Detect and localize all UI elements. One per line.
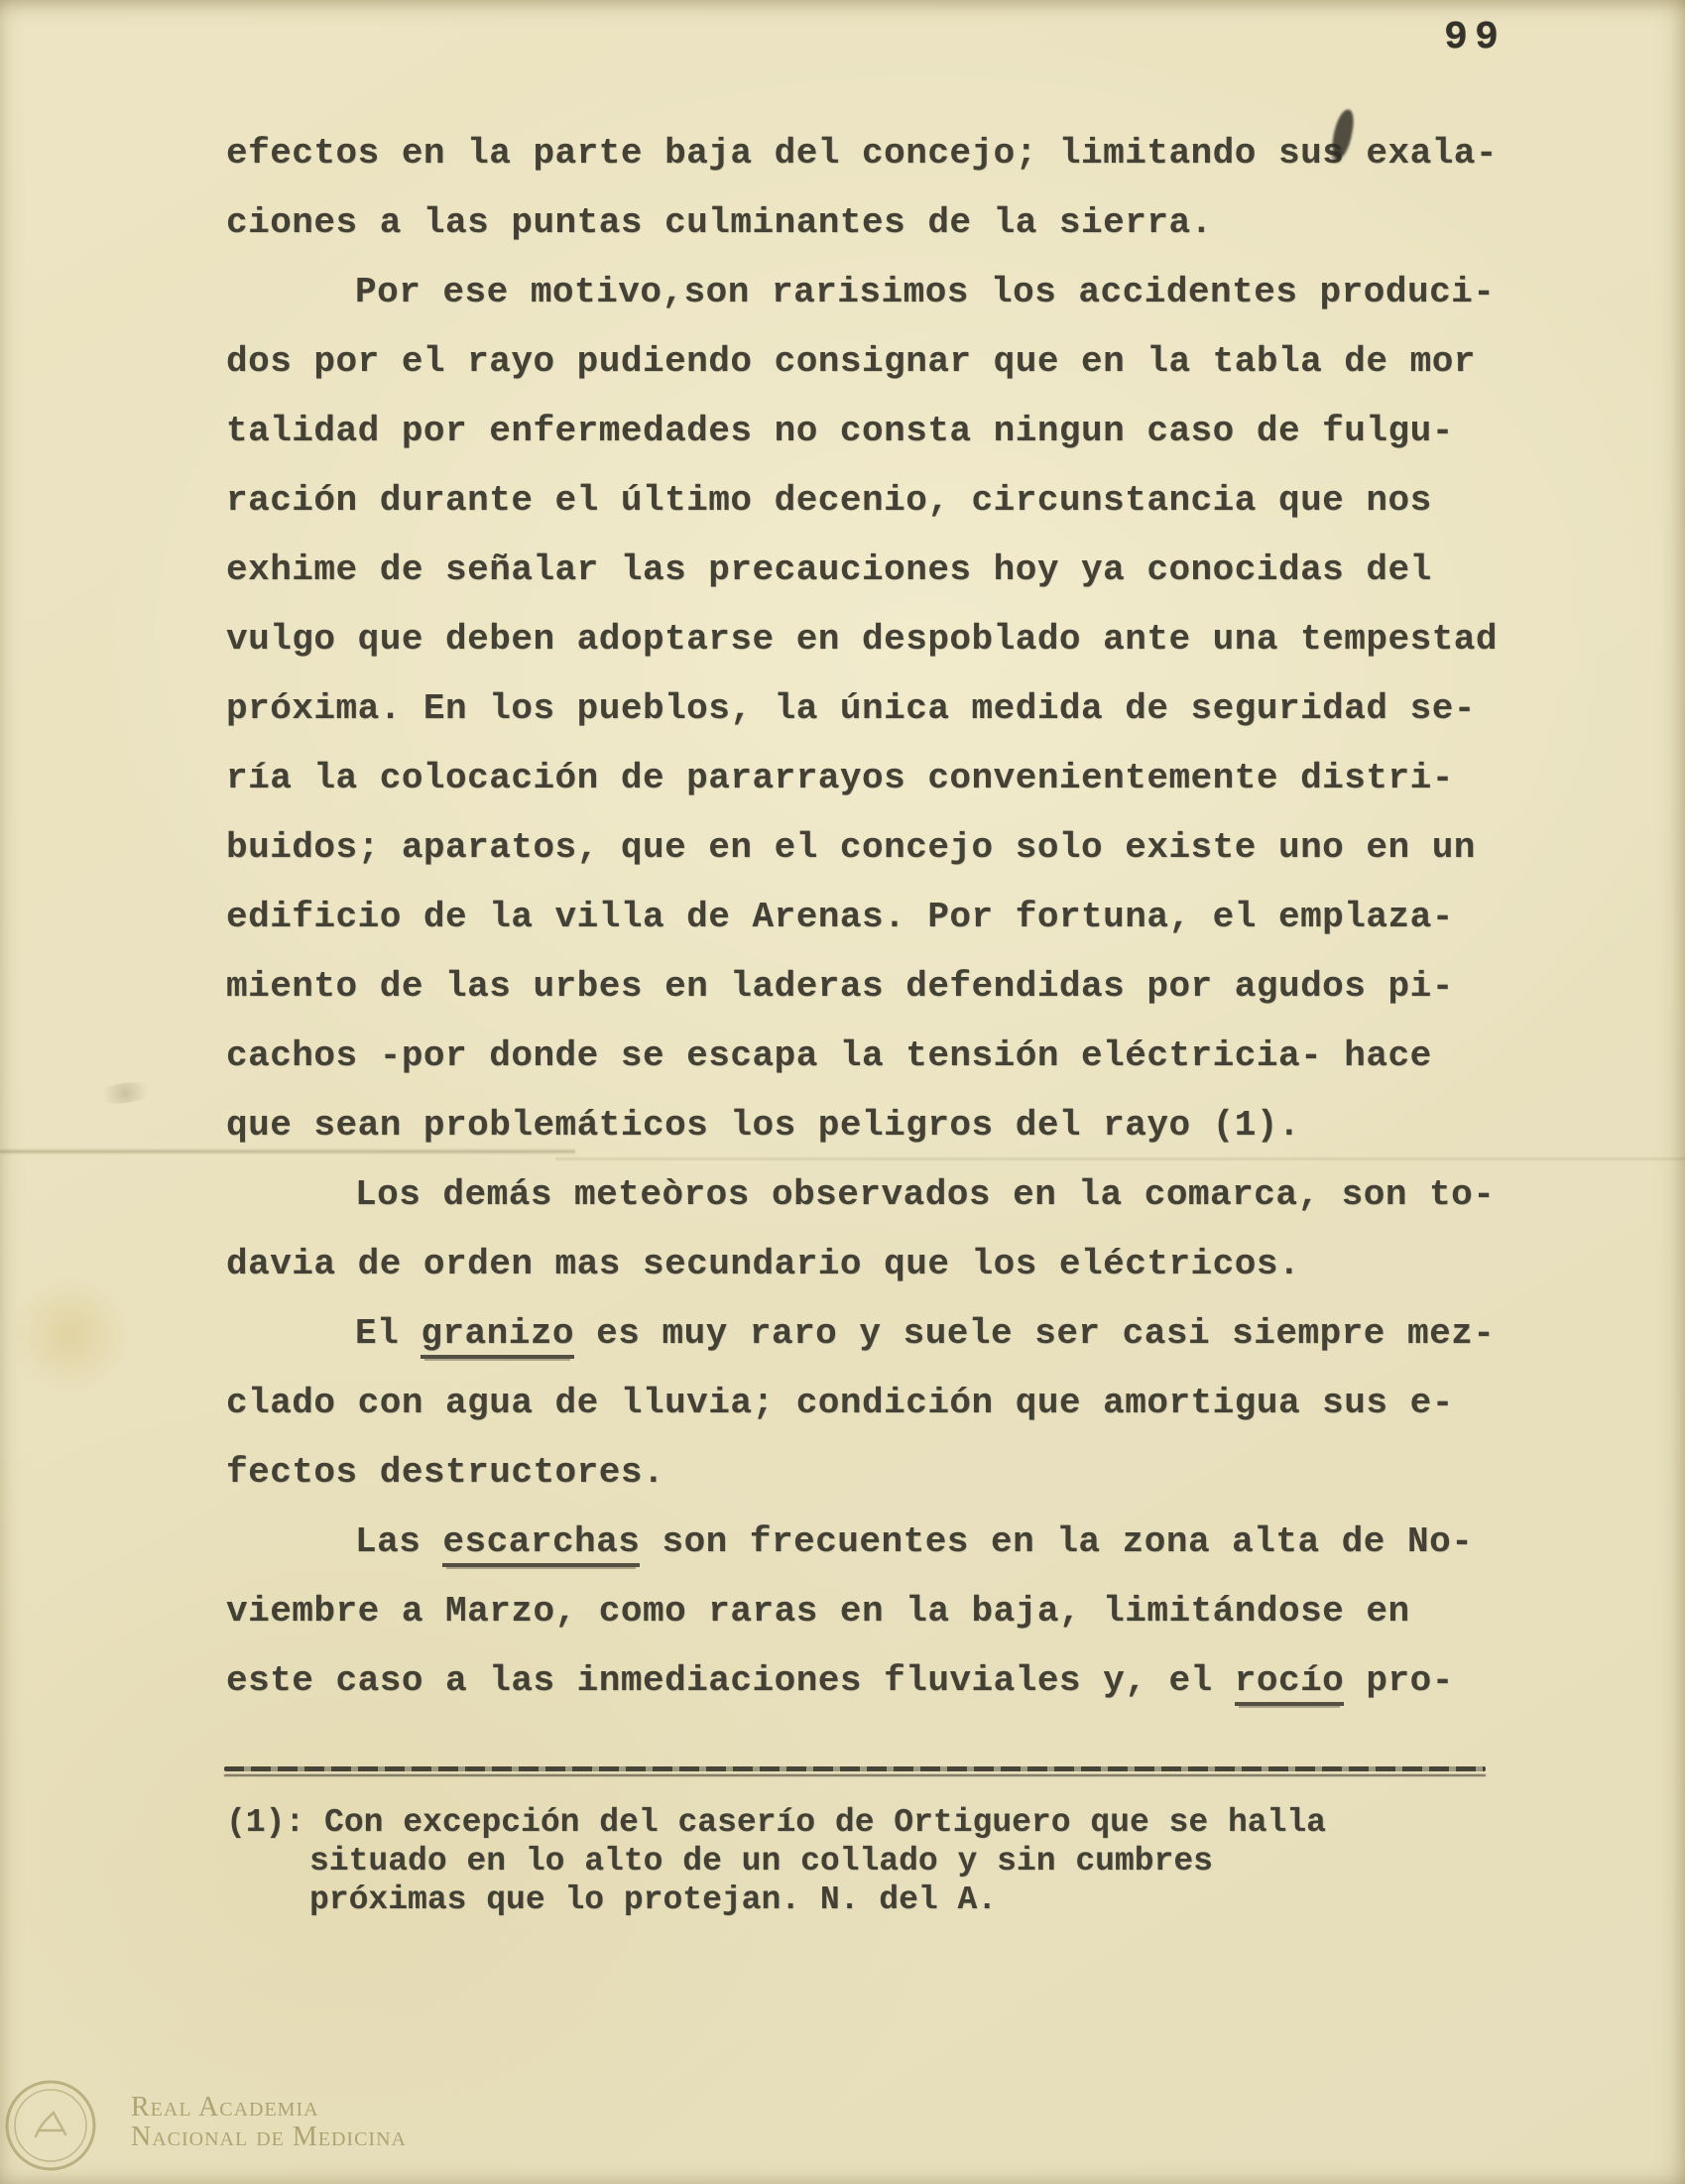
typed-text: pro- (1344, 1660, 1454, 1701)
typed-text: cachos -por donde se escapa la tensión e… (226, 1035, 1432, 1076)
paper-stain (6, 1275, 135, 1395)
typed-line: talidad por enfermedades no consta ningu… (226, 397, 1505, 466)
footnote-line: situado en lo alto de un collado y sin c… (226, 1842, 1326, 1881)
typed-text: ría la colocación de pararrayos convenie… (226, 758, 1454, 798)
typed-text: Las (355, 1521, 442, 1562)
typed-line: viembre a Marzo, como raras en la baja, … (226, 1577, 1505, 1646)
typed-line: miento de las urbes en laderas defendida… (226, 952, 1505, 1022)
typed-line: edificio de la villa de Arenas. Por fort… (226, 883, 1505, 952)
typed-text: dos por el rayo pudiendo consignar que e… (226, 341, 1476, 382)
typed-text: próxima. En los pueblos, la única medida… (226, 688, 1476, 729)
typed-text: vulgo que deben adoptarse en despoblado … (226, 619, 1498, 660)
typed-line: ciones a las puntas culminantes de la si… (226, 188, 1505, 258)
typed-line: efectos en la parte baja del concejo; li… (226, 119, 1505, 188)
watermark-text: Real Academia Nacional de Medicina (131, 2093, 407, 2152)
typed-text: edificio de la villa de Arenas. Por fort… (226, 897, 1454, 937)
typed-line: dos por el rayo pudiendo consignar que e… (226, 327, 1505, 397)
typed-line: exhime de señalar las precauciones hoy y… (226, 536, 1505, 605)
typed-line: cachos -por donde se escapa la tensión e… (226, 1022, 1505, 1091)
underlined-term: rocío (1235, 1660, 1345, 1706)
typed-line: fectos destructores. (226, 1438, 1505, 1508)
academy-seal-icon (4, 2079, 97, 2172)
typed-text: davia de orden mas secundario que los el… (226, 1244, 1300, 1284)
watermark-line-2: Nacional de Medicina (131, 2123, 407, 2152)
typed-text: miento de las urbes en laderas defendida… (226, 966, 1454, 1007)
typed-text: este caso a las inmediaciones fluviales … (226, 1660, 1235, 1701)
underlined-term: escarchas (442, 1521, 640, 1567)
typed-line: Las escarchas son frecuentes en la zona … (226, 1508, 1505, 1577)
footnote: (1): Con excepción del caserío de Ortigu… (226, 1803, 1326, 1919)
typed-text: son frecuentes en la zona alta de No- (640, 1521, 1473, 1562)
typed-text: Los demás meteòros observados en la coma… (355, 1174, 1495, 1215)
typed-text: El (355, 1313, 421, 1354)
footnote-divider-thin-line (224, 1774, 1486, 1776)
typed-line: buidos; aparatos, que en el concejo solo… (226, 813, 1505, 883)
library-watermark: Real Academia Nacional de Medicina (0, 2071, 615, 2180)
typed-line: Los demás meteòros observados en la coma… (226, 1160, 1505, 1230)
typed-text: buidos; aparatos, que en el concejo solo… (226, 827, 1476, 868)
footnote-line: próximas que lo protejan. N. del A. (226, 1881, 1326, 1919)
typed-text: talidad por enfermedades no consta ningu… (226, 411, 1454, 451)
typed-text: que sean problemáticos los peligros del … (226, 1105, 1300, 1146)
manuscript-page: 99 efectos en la parte baja del concejo;… (0, 0, 1685, 2184)
typed-text: Por ese motivo,son rarisimos los acciden… (355, 272, 1495, 312)
watermark-line-1: Real Academia (131, 2093, 407, 2123)
typed-text: viembre a Marzo, como raras en la baja, … (226, 1591, 1410, 1632)
typed-lines: efectos en la parte baja del concejo; li… (226, 119, 1505, 1716)
paper-crease (0, 1149, 575, 1154)
page-number: 99 (1444, 16, 1505, 61)
typed-text: fectos destructores. (226, 1452, 664, 1493)
typed-text: es muy raro y suele ser casi siempre mez… (574, 1313, 1495, 1354)
typed-line: El granizo es muy raro y suele ser casi … (226, 1299, 1505, 1369)
typed-line: clado con agua de lluvia; condición que … (226, 1369, 1505, 1438)
typed-text: clado con agua de lluvia; condición que … (226, 1383, 1454, 1423)
typed-line: próxima. En los pueblos, la única medida… (226, 674, 1505, 744)
paper-crease-faint (555, 1156, 1685, 1161)
typed-line: Por ese motivo,son rarisimos los acciden… (226, 258, 1505, 327)
footnote-line-with-marker: (1): Con excepción del caserío de Ortigu… (226, 1803, 1326, 1842)
typed-text: exhime de señalar las precauciones hoy y… (226, 549, 1432, 590)
paper-smudge (94, 1079, 156, 1107)
typed-line: vulgo que deben adoptarse en despoblado … (226, 605, 1505, 674)
footnote-divider-thick-line (224, 1766, 1486, 1771)
footnote-divider (224, 1766, 1486, 1776)
typed-text: efectos en la parte baja del concejo; li… (226, 133, 1498, 174)
typed-line: ración durante el último decenio, circun… (226, 466, 1505, 536)
typed-line: este caso a las inmediaciones fluviales … (226, 1646, 1505, 1716)
typed-line: davia de orden mas secundario que los el… (226, 1230, 1505, 1299)
underlined-term: granizo (421, 1313, 574, 1359)
typed-text: ciones a las puntas culminantes de la si… (226, 202, 1213, 243)
typed-text: ración durante el último decenio, circun… (226, 480, 1432, 521)
typed-line: ría la colocación de pararrayos convenie… (226, 744, 1505, 813)
